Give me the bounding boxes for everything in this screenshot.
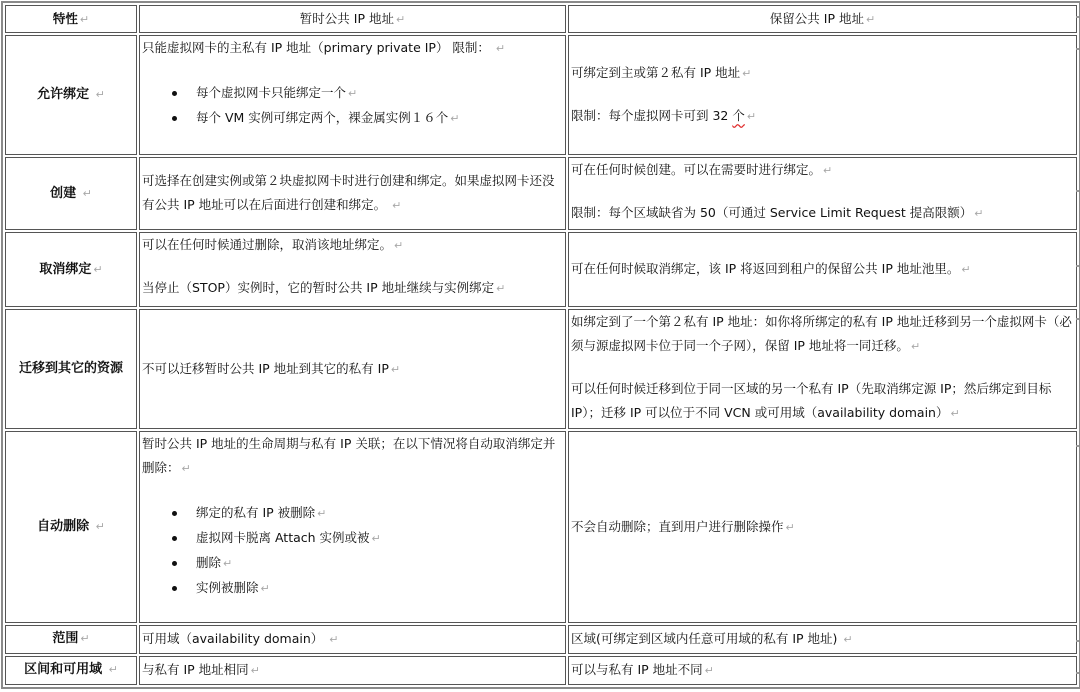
paragraph-mark-icon: ↵ [974,207,983,220]
paragraph-mark-icon: ↵ [261,582,270,595]
spellcheck-flagged-word[interactable]: 个 [732,108,745,123]
header-reserved: 保留公共 IP 地址↵ [568,5,1077,33]
paragraph-mark-icon: ↵ [961,263,970,276]
cell-text: 可以在任何时候通过删除，取消该地址绑定。↵ [142,233,563,258]
ephemeral-cell: 暂时公共 IP 地址的生命周期与私有 IP 关联；在以下情况将自动取消绑定并删除… [139,431,566,622]
cell-text: 限制：每个虚拟网卡可到 32 个↵ [571,104,1074,129]
paragraph-mark-icon: ↵ [951,407,960,420]
end-of-row-marker [1076,265,1079,267]
cell-text-span: 可在任何时候创建。可以在需要时进行绑定。 [571,162,821,177]
header-ephemeral: 暂时公共 IP 地址↵ [139,5,566,33]
cell-text: 只能虚拟网卡的主私有 IP 地址（primary private IP） 限制：… [142,36,563,61]
paragraph-mark-icon: ↵ [496,282,505,295]
feature-label: 范围 [52,631,78,646]
feature-cell: 创建 ↵ [5,157,137,230]
paragraph-mark-icon: ↵ [911,340,920,353]
feature-label: 区间和可用域 [24,662,102,677]
paragraph-mark-icon: ↵ [348,87,357,100]
end-of-row-marker [1076,672,1079,674]
feature-cell: 允许绑定 ↵ [5,35,137,155]
header-feature-label: 特性 [53,11,78,26]
cell-text: 可选择在创建实例或第２块虚拟网卡时进行创建和绑定。如果虚拟网卡还没有公共 IP … [142,169,563,218]
feature-cell: 自动删除 ↵ [5,431,137,622]
paragraph-mark-icon: ↵ [182,462,191,475]
paragraph-mark-icon: ↵ [843,633,852,646]
ephemeral-cell: 可以在任何时候通过删除，取消该地址绑定。↵ 当停止（STOP）实例时，它的暂时公… [139,232,566,306]
cell-text-span: 可选择在创建实例或第２块虚拟网卡时进行创建和绑定。如果虚拟网卡还没有公共 IP … [142,173,555,212]
feature-cell: 取消绑定↵ [5,232,137,306]
list-item-text: 删除 [196,555,221,570]
end-of-row-marker [1076,445,1079,447]
paragraph-mark-icon: ↵ [823,164,832,177]
spacer [142,481,563,499]
ephemeral-cell: 可用域（availability domain） ↵ [139,625,566,654]
reserved-cell: 可在任何时候取消绑定，该 IP 将返回到租户的保留公共 IP 地址池里。↵ [568,232,1077,306]
feature-cell: 区间和可用域 ↵ [5,656,137,685]
spacer [571,86,1074,104]
reserved-cell: 可绑定到主或第２私有 IP 地址↵ 限制：每个虚拟网卡可到 32 个↵ [568,35,1077,155]
list-item: 实例被删除↵ [196,576,563,601]
paragraph-mark-icon: ↵ [786,521,795,534]
spacer [142,258,563,276]
cell-text: 如绑定到了一个第２私有 IP 地址：如你将所绑定的私有 IP 地址迁移到另一个虚… [571,310,1074,359]
table-row: 范围↵ 可用域（availability domain） ↵ 区域(可绑定到区域… [5,625,1077,654]
cell-text-span: 暂时公共 IP 地址的生命周期与私有 IP 关联；在以下情况将自动取消绑定并删除… [142,436,555,475]
feature-label: 允许绑定 [37,87,89,102]
end-of-row-marker [1076,16,1079,18]
paragraph-mark-icon: ↵ [96,520,105,533]
list-item-text: 实例被删除 [196,580,259,595]
list-item: 删除↵ [196,551,563,576]
cell-text-span: 可用域（availability domain） [142,631,323,646]
paragraph-mark-icon: ↵ [391,363,400,376]
cell-text-span: 当停止（STOP）实例时，它的暂时公共 IP 地址继续与实例绑定 [142,280,494,295]
cell-text: 当停止（STOP）实例时，它的暂时公共 IP 地址继续与实例绑定↵ [142,276,563,301]
cell-text: 暂时公共 IP 地址的生命周期与私有 IP 关联；在以下情况将自动取消绑定并删除… [142,432,563,481]
list-item-text: 每个虚拟网卡只能绑定一个 [196,85,346,100]
list-item: 每个 VM 实例可绑定两个，裸金属实例１６个↵ [196,106,563,131]
cell-text-span: 限制：每个虚拟网卡可到 32 [571,108,732,123]
cell-text: 不可以迁移暂时公共 IP 地址到其它的私有 IP↵ [142,357,563,382]
paragraph-mark-icon: ↵ [96,88,105,101]
paragraph-mark-icon: ↵ [329,633,338,646]
list-item-text: 每个 VM 实例可绑定两个，裸金属实例１６个 [196,110,448,125]
cell-text: 可绑定到主或第２私有 IP 地址↵ [571,61,1074,86]
table-row: 取消绑定↵ 可以在任何时候通过删除，取消该地址绑定。↵ 当停止（STOP）实例时… [5,232,1077,306]
paragraph-mark-icon: ↵ [80,632,89,645]
table-row: 允许绑定 ↵ 只能虚拟网卡的主私有 IP 地址（primary private … [5,35,1077,155]
paragraph-mark-icon: ↵ [742,67,751,80]
spacer [571,359,1074,377]
end-of-row-marker [1076,48,1079,50]
paragraph-mark-icon: ↵ [223,557,232,570]
reserved-cell: 可在任何时候创建。可以在需要时进行绑定。↵ 限制：每个区域缺省为 50（可通过 … [568,157,1077,230]
ephemeral-cell: 可选择在创建实例或第２块虚拟网卡时进行创建和绑定。如果虚拟网卡还没有公共 IP … [139,157,566,230]
feature-label: 迁移到其它的资源 [19,361,123,376]
paragraph-mark-icon: ↵ [705,664,714,677]
feature-cell: 迁移到其它的资源 [5,309,137,430]
cell-text-span: 区域(可绑定到区域内任意可用域的私有 IP 地址) [571,631,837,646]
cell-text: 可在任何时候创建。可以在需要时进行绑定。↵ [571,158,1074,183]
cell-text-span: 可在任何时候取消绑定，该 IP 将返回到租户的保留公共 IP 地址池里。 [571,261,959,276]
paragraph-mark-icon: ↵ [83,187,92,200]
end-of-row-marker [1076,190,1079,192]
cell-text-span: 只能虚拟网卡的主私有 IP 地址（primary private IP） 限制： [142,40,490,55]
paragraph-mark-icon: ↵ [392,199,401,212]
reserved-cell: 可以与私有 IP 地址不同↵ [568,656,1077,685]
cell-text: 可以任何时候迁移到位于同一区域的另一个私有 IP（先取消绑定源 IP；然后绑定到… [571,377,1074,426]
paragraph-mark-icon: ↵ [251,664,260,677]
reserved-cell: 区域(可绑定到区域内任意可用域的私有 IP 地址) ↵ [568,625,1077,654]
feature-label: 创建 [50,186,76,201]
spacer [571,183,1074,201]
table-header-row: 特性↵ 暂时公共 IP 地址↵ 保留公共 IP 地址↵ [5,5,1077,33]
list-item-text: 虚拟网卡脱离 Attach 实例或被 [196,530,370,545]
cell-text-span: 可以在任何时候通过删除，取消该地址绑定。 [142,237,392,252]
table-row: 自动删除 ↵ 暂时公共 IP 地址的生命周期与私有 IP 关联；在以下情况将自动… [5,431,1077,622]
ip-comparison-table: 特性↵ 暂时公共 IP 地址↵ 保留公共 IP 地址↵ 允许绑定 ↵ 只能虚拟网… [1,1,1080,689]
spacer [142,61,563,79]
end-of-row-marker [1076,640,1079,642]
cell-text-span: 限制：每个区域缺省为 50（可通过 Service Limit Request … [571,205,972,220]
list-item: 虚拟网卡脱离 Attach 实例或被↵ [196,526,563,551]
paragraph-mark-icon: ↵ [747,110,756,123]
header-reserved-label: 保留公共 IP 地址 [770,11,864,26]
table-row: 区间和可用域 ↵ 与私有 IP 地址相同↵ 可以与私有 IP 地址不同↵ [5,656,1077,685]
paragraph-mark-icon: ↵ [496,42,505,55]
feature-label: 自动删除 [37,519,89,534]
paragraph-mark-icon: ↵ [80,13,89,26]
list-item: 每个虚拟网卡只能绑定一个↵ [196,81,563,106]
header-ephemeral-label: 暂时公共 IP 地址 [300,11,394,26]
paragraph-mark-icon: ↵ [450,112,459,125]
table-row: 创建 ↵ 可选择在创建实例或第２块虚拟网卡时进行创建和绑定。如果虚拟网卡还没有公… [5,157,1077,230]
cell-text: 不会自动删除；直到用户进行删除操作↵ [571,515,1074,540]
cell-text-span: 可绑定到主或第２私有 IP 地址 [571,65,740,80]
cell-text-span: 可以任何时候迁移到位于同一区域的另一个私有 IP（先取消绑定源 IP；然后绑定到… [571,381,1051,420]
cell-text-span: 与私有 IP 地址相同 [142,662,249,677]
cell-text-span: 不会自动删除；直到用户进行删除操作 [571,519,784,534]
paragraph-mark-icon: ↵ [394,239,403,252]
paragraph-mark-icon: ↵ [109,663,118,676]
table-row: 迁移到其它的资源 不可以迁移暂时公共 IP 地址到其它的私有 IP↵ 如绑定到了… [5,309,1077,430]
bullet-list: 每个虚拟网卡只能绑定一个↵ 每个 VM 实例可绑定两个，裸金属实例１６个↵ [142,81,563,131]
paragraph-mark-icon: ↵ [93,263,102,276]
paragraph-mark-icon: ↵ [866,13,875,26]
bullet-list: 绑定的私有 IP 被删除↵ 虚拟网卡脱离 Attach 实例或被↵ 删除↵ 实例… [142,501,563,601]
feature-cell: 范围↵ [5,625,137,654]
ephemeral-cell: 只能虚拟网卡的主私有 IP 地址（primary private IP） 限制：… [139,35,566,155]
cell-text: 可在任何时候取消绑定，该 IP 将返回到租户的保留公共 IP 地址池里。↵ [571,257,1074,282]
cell-text-span: 不可以迁移暂时公共 IP 地址到其它的私有 IP [142,361,389,376]
list-item: 绑定的私有 IP 被删除↵ [196,501,563,526]
header-feature: 特性↵ [5,5,137,33]
list-item-text: 绑定的私有 IP 被删除 [196,505,315,520]
ephemeral-cell: 不可以迁移暂时公共 IP 地址到其它的私有 IP↵ [139,309,566,430]
document-page: 特性↵ 暂时公共 IP 地址↵ 保留公共 IP 地址↵ 允许绑定 ↵ 只能虚拟网… [0,0,1080,692]
cell-text-span: 可以与私有 IP 地址不同 [571,662,703,677]
end-of-row-marker [1076,318,1079,320]
paragraph-mark-icon: ↵ [317,507,326,520]
paragraph-mark-icon: ↵ [396,13,405,26]
reserved-cell: 不会自动删除；直到用户进行删除操作↵ [568,431,1077,622]
ephemeral-cell: 与私有 IP 地址相同↵ [139,656,566,685]
cell-text-span: 如绑定到了一个第２私有 IP 地址：如你将所绑定的私有 IP 地址迁移到另一个虚… [571,314,1072,353]
paragraph-mark-icon: ↵ [372,532,381,545]
cell-text: 限制：每个区域缺省为 50（可通过 Service Limit Request … [571,201,1074,226]
feature-label: 取消绑定 [39,262,91,277]
reserved-cell: 如绑定到了一个第２私有 IP 地址：如你将所绑定的私有 IP 地址迁移到另一个虚… [568,309,1077,430]
